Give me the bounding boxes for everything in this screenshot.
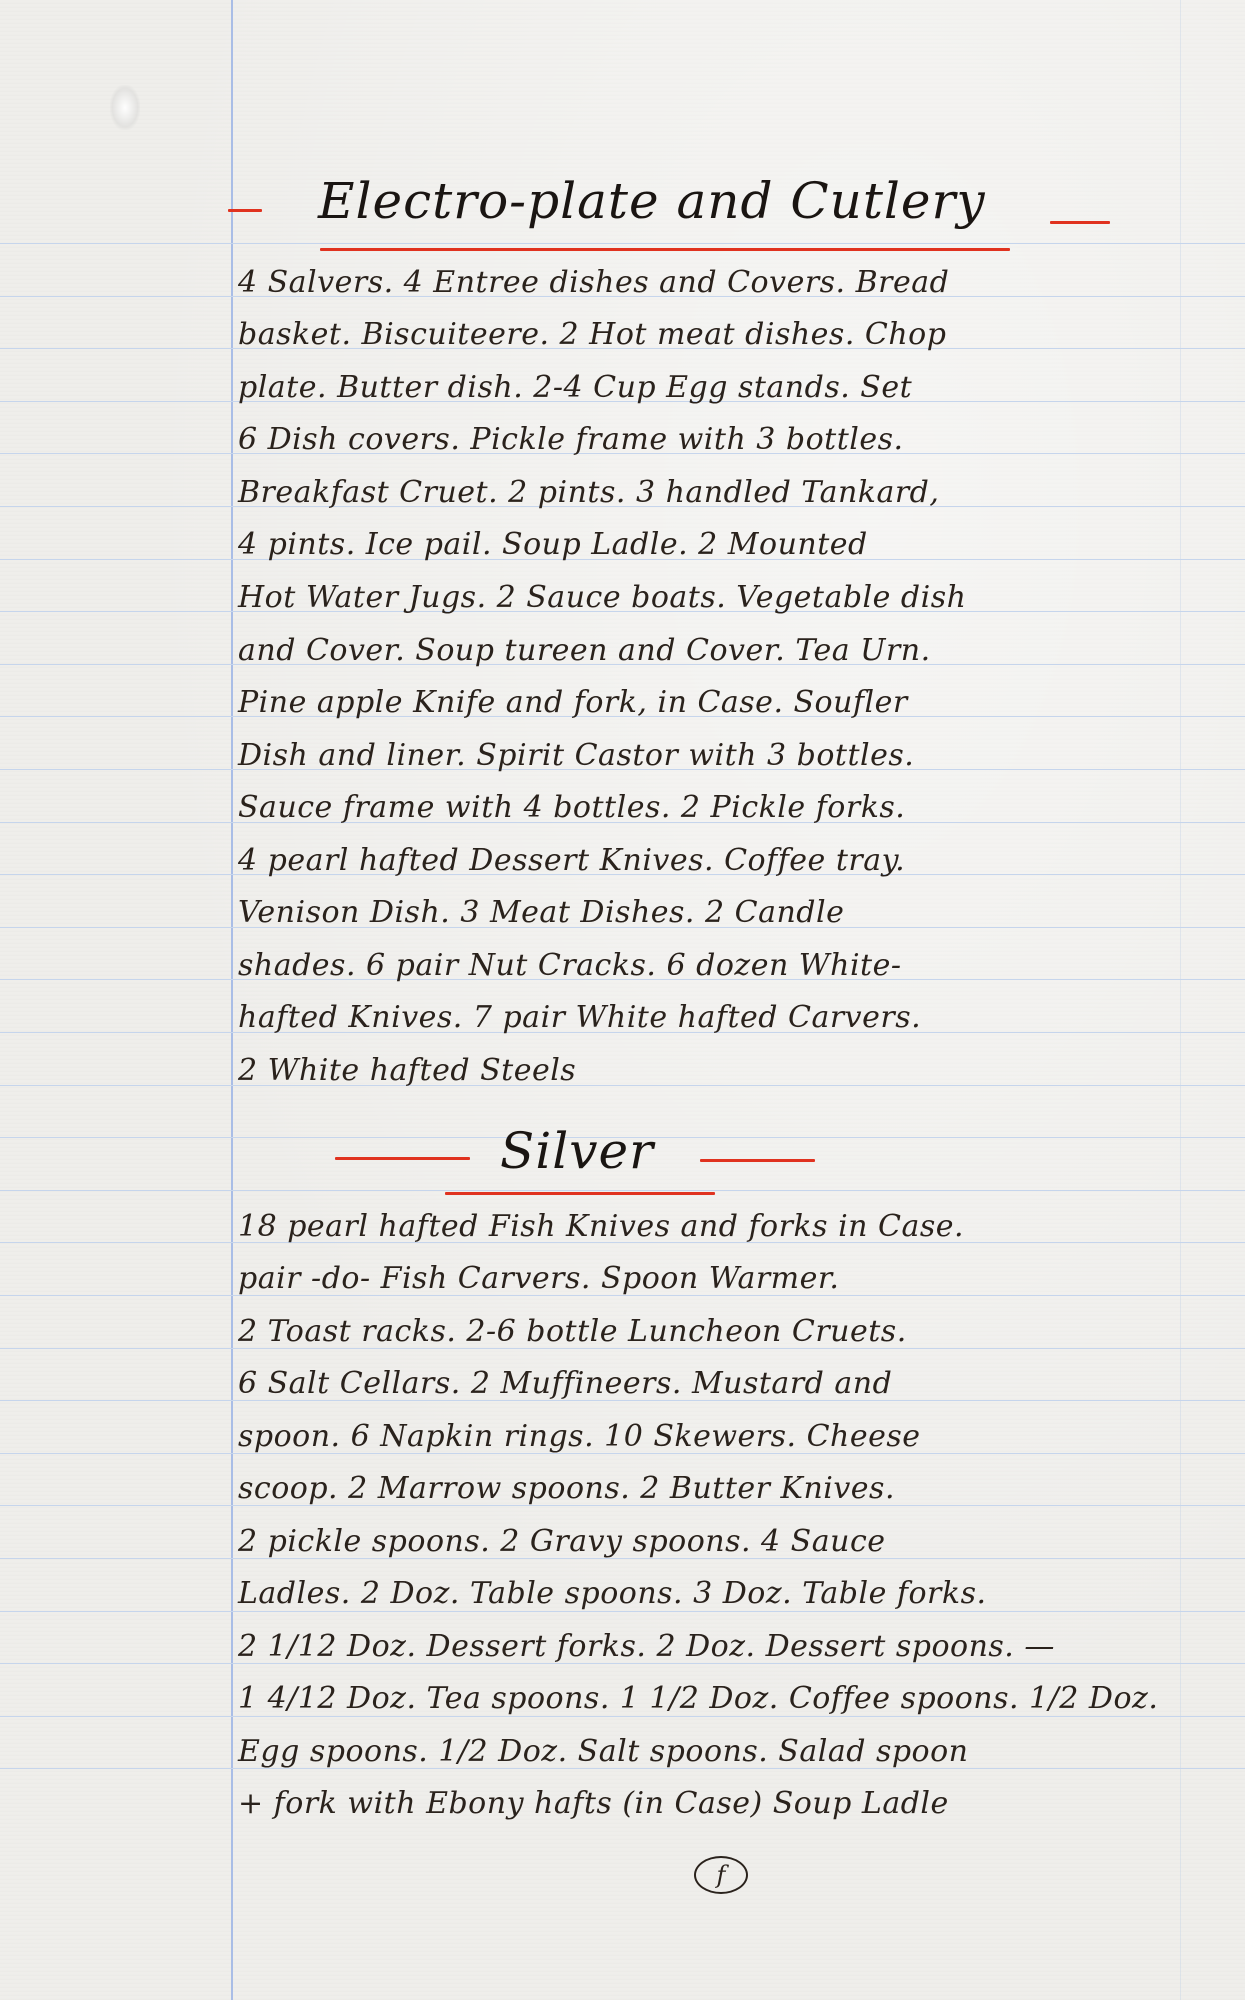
list-line: 4 Salvers. 4 Entree dishes and Covers. B… xyxy=(238,268,949,298)
ruled-line xyxy=(0,1085,1245,1086)
heading-dash-left xyxy=(335,1157,470,1160)
ruled-line xyxy=(0,1190,1245,1191)
list-line: Hot Water Jugs. 2 Sauce boats. Vegetable… xyxy=(238,583,966,613)
heading-underline xyxy=(320,248,1010,251)
list-line: Venison Dish. 3 Meat Dishes. 2 Candle xyxy=(238,898,844,928)
list-line: Breakfast Cruet. 2 pints. 3 handled Tank… xyxy=(238,478,939,508)
list-line: Pine apple Knife and fork, in Case. Souf… xyxy=(238,688,908,718)
list-line: 18 pearl hafted Fish Knives and forks in… xyxy=(238,1212,964,1242)
page-number-marker: f xyxy=(694,1856,748,1894)
margin-line xyxy=(231,0,233,2000)
list-line: + fork with Ebony hafts (in Case) Soup L… xyxy=(238,1789,949,1819)
list-line: basket. Biscuiteere. 2 Hot meat dishes. … xyxy=(238,320,946,350)
faint-column-line xyxy=(1180,0,1181,2000)
heading-dash-left xyxy=(228,209,262,212)
list-line: plate. Butter dish. 2-4 Cup Egg stands. … xyxy=(238,373,912,403)
list-line: hafted Knives. 7 pair White hafted Carve… xyxy=(238,1003,921,1033)
list-line: 6 Dish covers. Pickle frame with 3 bottl… xyxy=(238,425,904,455)
ledger-page: Electro-plate and Cutlery 4 Salvers. 4 E… xyxy=(0,0,1245,2000)
list-line: pair -do- Fish Carvers. Spoon Warmer. xyxy=(238,1264,839,1294)
list-line: 2 1/12 Doz. Dessert forks. 2 Doz. Desser… xyxy=(238,1632,1055,1662)
ruled-line xyxy=(0,243,1245,244)
list-line: and Cover. Soup tureen and Cover. Tea Ur… xyxy=(238,636,931,666)
ruled-line xyxy=(0,1716,1245,1717)
list-line: 4 pints. Ice pail. Soup Ladle. 2 Mounted xyxy=(238,530,868,560)
list-line: scoop. 2 Marrow spoons. 2 Butter Knives. xyxy=(238,1474,895,1504)
list-line: 1 4/12 Doz. Tea spoons. 1 1/2 Doz. Coffe… xyxy=(238,1684,1158,1714)
ruled-line xyxy=(0,1611,1245,1612)
list-line: shades. 6 pair Nut Cracks. 6 dozen White… xyxy=(238,951,902,981)
heading-dash-right xyxy=(1050,221,1110,224)
list-line: 2 Toast racks. 2-6 bottle Luncheon Cruet… xyxy=(238,1317,907,1347)
list-line: 6 Salt Cellars. 2 Muffineers. Mustard an… xyxy=(238,1369,892,1399)
list-line: Ladles. 2 Doz. Table spoons. 3 Doz. Tabl… xyxy=(238,1579,987,1609)
list-line: 4 pearl hafted Dessert Knives. Coffee tr… xyxy=(238,846,905,876)
list-line: Egg spoons. 1/2 Doz. Salt spoons. Salad … xyxy=(238,1737,969,1767)
list-line: 2 White hafted Steels xyxy=(238,1056,576,1086)
section-title-electroplate: Electro-plate and Cutlery xyxy=(318,172,986,230)
section-title-silver: Silver xyxy=(500,1122,654,1180)
list-line: spoon. 6 Napkin rings. 10 Skewers. Chees… xyxy=(238,1422,921,1452)
heading-dash-right xyxy=(700,1159,815,1162)
list-line: Sauce frame with 4 bottles. 2 Pickle for… xyxy=(238,793,905,823)
heading-underline xyxy=(445,1192,715,1195)
list-line: Dish and liner. Spirit Castor with 3 bot… xyxy=(238,741,914,771)
list-line: 2 pickle spoons. 2 Gravy spoons. 4 Sauce xyxy=(238,1527,886,1557)
paper-crease-mark xyxy=(110,85,140,130)
